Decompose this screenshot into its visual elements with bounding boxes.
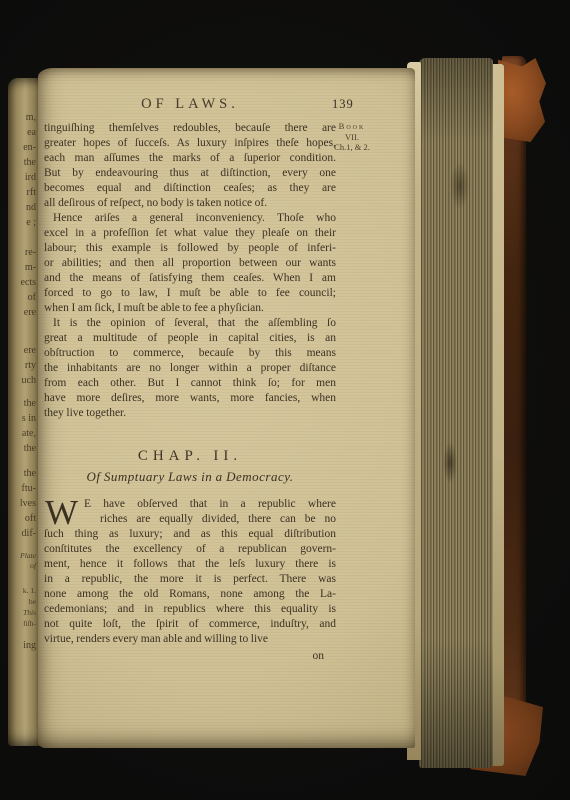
facing-page-text-fragment: ere [10,345,36,356]
book-cover-edge [502,56,526,772]
facing-page-text-fragment: s in [10,413,36,424]
chapter-heading: CHAP. II. [44,446,336,466]
page-header: OF LAWS. 139 [44,96,366,114]
text-line: obſtruction to commerce, becauſe by this… [44,346,336,361]
facing-page-text-fragment: ing [10,640,36,651]
paragraph-with-dropcap: W E have obſerved that in a republic whe… [44,497,336,647]
text-line: great a multitude of people in capital c… [44,331,336,346]
facing-page-text-fragment: dif- [10,528,36,539]
facing-page-text-fragment: oft [10,513,36,524]
facing-page-text-fragment: rty [10,360,36,371]
book-photo: { "book": { "header": { "title": "OF LAW… [0,0,570,800]
text-line: It is the opinion of ſeveral, that the a… [44,316,336,331]
drop-cap: W [45,499,78,527]
text-line: each man aſſumes the marks of a ſuperior… [44,151,336,166]
text-line: in a republic, the more it is perfect. T… [44,572,336,587]
margin-note-chapter: Ch.1, & 2. [330,142,374,153]
facing-page-text-fragment: ea [10,127,36,138]
facing-page-text-fragment: m, [10,112,36,123]
margin-note-book: Book [330,121,374,132]
text-line: forced to go to law, I muſt be able to f… [44,286,336,301]
text-line: labour; this example is followed by peop… [44,241,336,256]
facing-page-text-fragment: the [10,443,36,454]
facing-page-text-fragment: uch [10,375,36,386]
paragraph: It is the opinion of ſeveral, that the a… [44,316,336,421]
text-line: But by endeavouring thus at diſtinction,… [44,166,336,181]
text-line: cedemonians; and in republics where this… [44,602,336,617]
margin-note-volume: VII. [330,132,374,143]
facing-page-text-fragment: This [10,607,36,618]
text-line: becomes equal and diſtinction ceaſes; as… [44,181,336,196]
text-line: none among the old Romans, none among th… [44,587,336,602]
book-cover-top-corner [498,58,546,142]
facing-page-text-fragment: be [10,596,36,607]
text-line: have more deſires, more wants, more fanc… [44,391,336,406]
paragraph-lines: E have obſerved that in a republic where… [44,497,336,647]
facing-page-text-fragment: of [10,292,36,303]
paragraph: Hence ariſes a general inconveniency. Th… [44,211,336,316]
text-line: greater hopes of ſucceſs. As luxury inſp… [44,136,336,151]
text-column: tinguiſhing themſelves redoubles, becauſ… [44,121,336,664]
facing-page-text-fragment: ects [10,277,36,288]
text-line: and the means of ſatisfying them ceaſes.… [44,271,336,286]
text-line: virtue, renders every man able and willi… [44,632,336,647]
text-line: Hence ariſes a general inconveniency. Th… [44,211,336,226]
text-line: ment, hence it follows that the leſs lux… [44,557,336,572]
facing-page-text-fragment: the [10,398,36,409]
paragraph-continuation: tinguiſhing themſelves redoubles, becauſ… [44,121,336,211]
page-fore-edge [419,58,493,768]
facing-page-text-fragment: m- [10,262,36,273]
facing-page-text-fragment: of [10,560,36,571]
text-line: excel in a profeſſion ſet what value the… [44,226,336,241]
chapter-subtitle: Of Sumptuary Laws in a Democracy. [44,468,336,486]
facing-page-text-fragment: the [10,157,36,168]
facing-page-text-fragment: rft [10,187,36,198]
text-line: tinguiſhing themſelves redoubles, becauſ… [44,121,336,136]
facing-page-text-fragment: lves [10,498,36,509]
text-line: riches are equally divided, there can be… [44,512,336,527]
text-line: or abilities; and then all proportion be… [44,256,336,271]
running-title: OF LAWS. [44,96,336,113]
facing-page-text-fragment: ere [10,307,36,318]
facing-page-text-fragment: fiſh- [10,618,36,629]
facing-page-text-fragment: nd [10,202,36,213]
text-line: the inhabitants are no longer within a p… [44,361,336,376]
facing-page-text-fragment: en- [10,142,36,153]
facing-page-fragments: m,eaen-theirdrftnde ;re-m-ectsofereerert… [10,0,36,800]
text-line: ſuch thing as luxury; and as this equal … [44,527,336,542]
facing-page-text-fragment: e ; [10,217,36,228]
facing-page-text-fragment: k. 1. [10,585,36,596]
text-line: all deſirous of reſpect, no body is take… [44,196,336,211]
facing-page-text-fragment: re- [10,247,36,258]
catchword: on [44,649,336,664]
text-line: they live together. [44,406,336,421]
facing-page-text-fragment: ate, [10,428,36,439]
facing-page-text-fragment: ftu- [10,483,36,494]
facing-page-text-fragment: the [10,468,36,479]
text-line: conſtitutes the excellency of a republic… [44,542,336,557]
text-line: E have obſerved that in a republic where [44,497,336,512]
text-line: not quite loſt, the ſpirit of commerce, … [44,617,336,632]
margin-note: Book VII. Ch.1, & 2. [330,121,374,153]
text-line: from each other. But I cannot think ſo; … [44,376,336,391]
facing-page-text-fragment: ird [10,172,36,183]
text-line: when I am ſick, I muſt be able to fee a … [44,301,336,316]
page-number: 139 [332,97,354,112]
